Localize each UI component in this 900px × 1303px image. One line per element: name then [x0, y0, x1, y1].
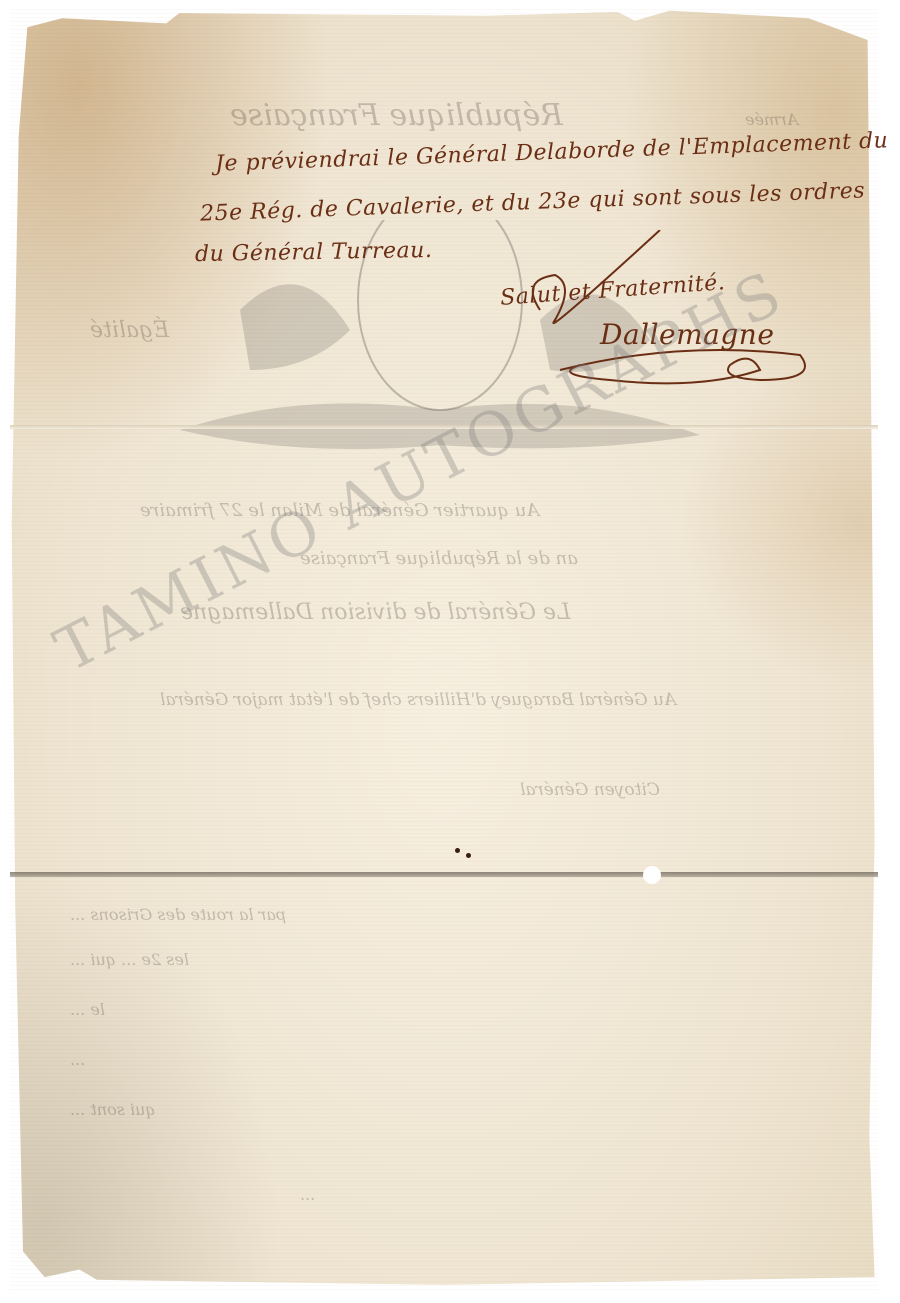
reverse-line-4: Au Général Baraguey d'Hilliers chef de l… — [160, 690, 676, 710]
letterhead-corner: Armée — [745, 110, 798, 129]
reverse-lower-1: par la route des Grisons ... — [70, 905, 286, 924]
ink-spot — [466, 853, 471, 858]
reverse-line-3: Le Général de division Dallemagne — [180, 600, 571, 625]
paper-hole — [643, 866, 661, 884]
ink-spot — [455, 848, 460, 853]
reverse-line-5: Citoyen Général — [520, 780, 660, 800]
letterhead-motto: Égalité — [90, 318, 169, 343]
reverse-lower-2: les 2e ... qui ... — [70, 950, 189, 969]
reverse-line-2: an de la République Française — [300, 548, 578, 569]
letter-line-3: du Général Turreau. — [195, 238, 433, 267]
fold-line-lower — [10, 872, 878, 877]
reverse-lower-6: ... — [300, 1185, 315, 1204]
letterhead-title: République Française — [230, 98, 563, 133]
reverse-lower-3: le ... — [70, 1000, 105, 1019]
reverse-lower-4: ... — [70, 1050, 85, 1069]
reverse-lower-5: qui sont ... — [70, 1100, 156, 1119]
